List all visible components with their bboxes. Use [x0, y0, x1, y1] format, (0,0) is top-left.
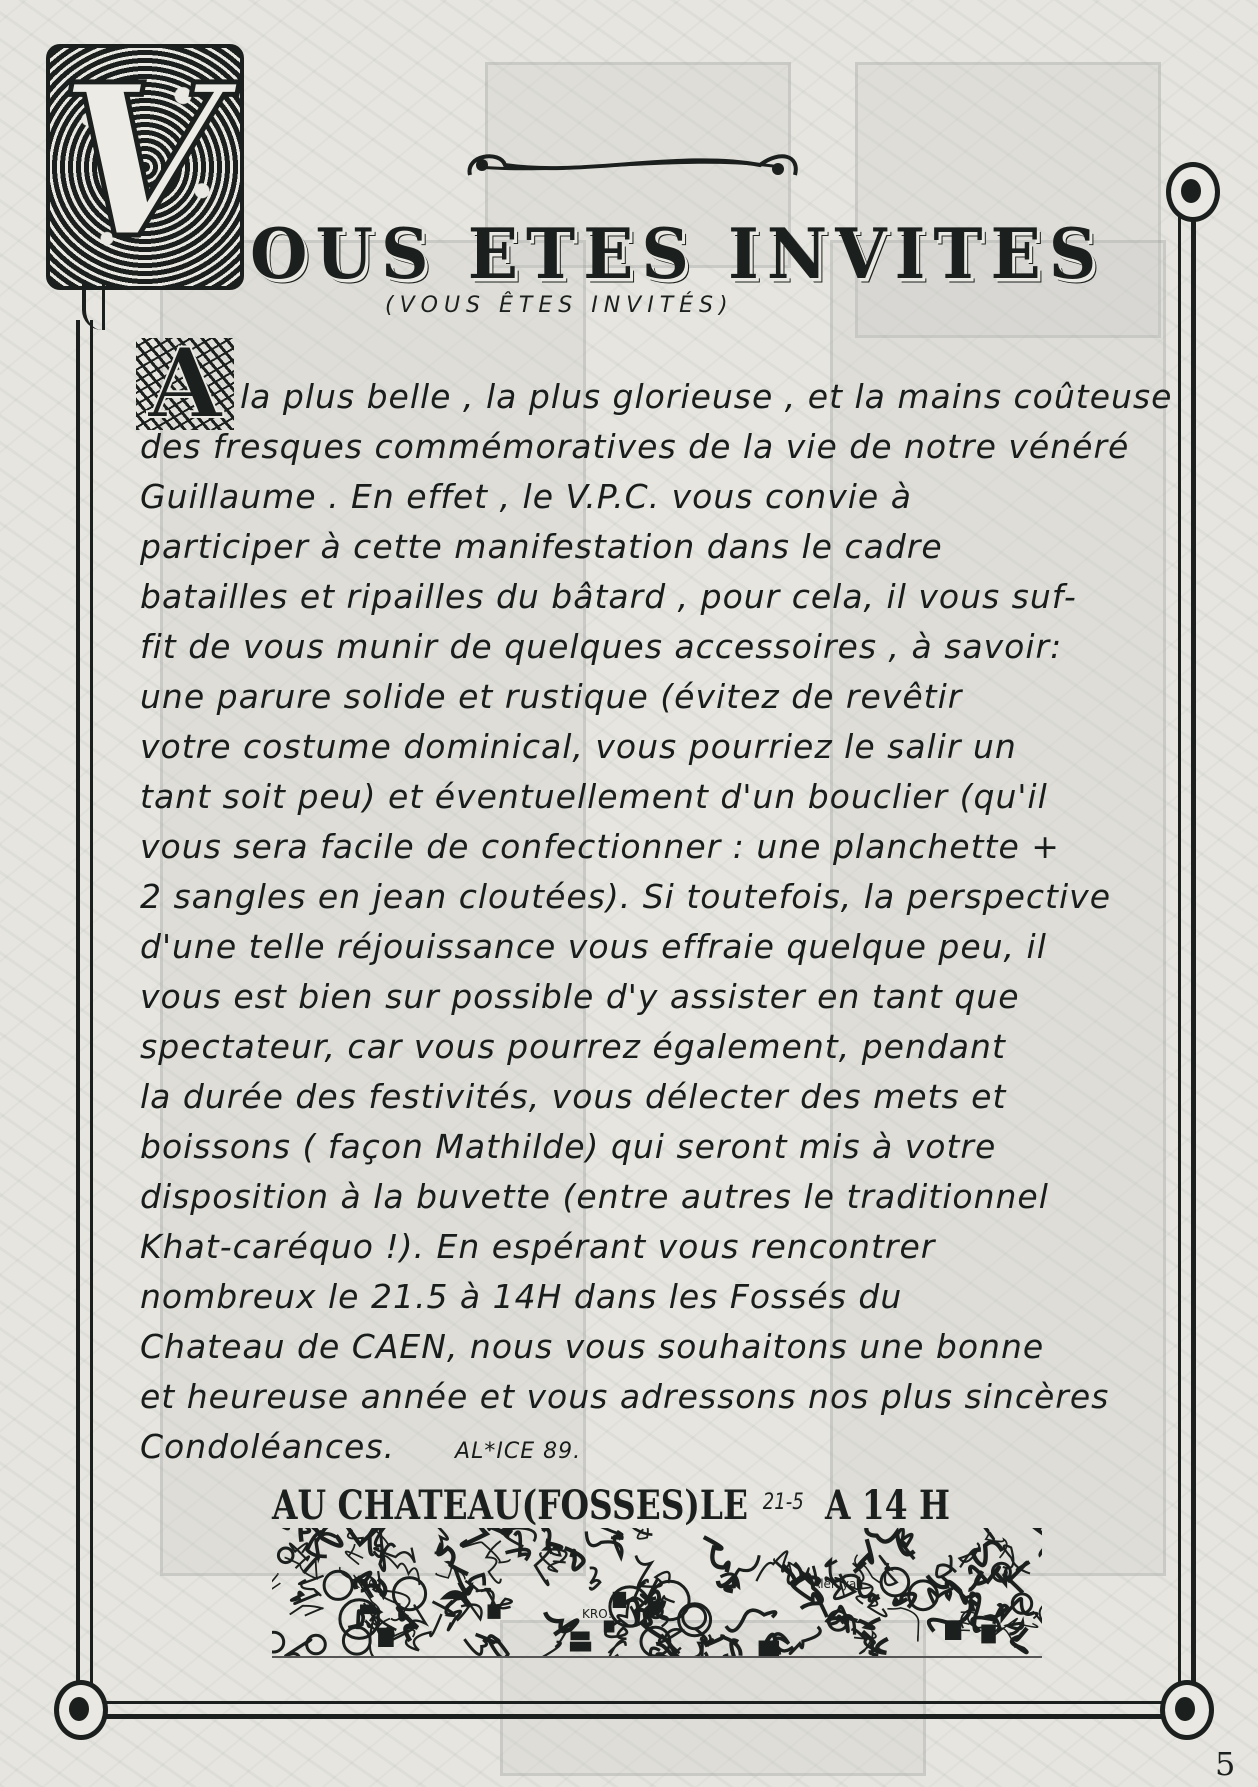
- signature: AL*ICE 89.: [455, 1427, 581, 1477]
- letter-line: d'une telle réjouissance vous effraie qu…: [140, 922, 1160, 972]
- letter-line: la plus belle , la plus glorieuse , et l…: [140, 372, 1160, 422]
- drop-cap-letter: V: [59, 57, 222, 267]
- banner-time: A 14 H: [825, 1482, 950, 1529]
- page-number: 5: [1215, 1745, 1235, 1783]
- letter-line: vous est bien sur possible d'y assister …: [140, 972, 1160, 1022]
- letter-line: Condoléances.AL*ICE 89.: [140, 1422, 1160, 1472]
- letter-line: et heureuse année et vous adressons nos …: [140, 1372, 1160, 1422]
- letter-line: vous sera facile de confectionner : une …: [140, 822, 1160, 872]
- frame-left-border: [76, 320, 93, 1710]
- letter-line: la durée des festivités, vous délecter d…: [140, 1072, 1160, 1122]
- page-subtitle: (VOUS ÊTES INVITÉS): [385, 293, 734, 318]
- letter-line: Guillaume . En effet , le V.P.C. vous co…: [140, 472, 1160, 522]
- scroll-ornament-icon: [460, 145, 805, 185]
- letter-line: tant soit peu) et éventuellement d'un bo…: [140, 772, 1160, 822]
- invitation-letter: la plus belle , la plus glorieuse , et l…: [140, 372, 1160, 1472]
- svg-text:KRO: KRO: [352, 1577, 378, 1591]
- letter-line: disposition à la buvette (entre autres l…: [140, 1172, 1160, 1222]
- letter-line: nombreux le 21.5 à 14H dans les Fossés d…: [140, 1272, 1160, 1322]
- banner-date: 21-5: [763, 1490, 804, 1515]
- corner-knot-top-right-icon: [1166, 162, 1220, 222]
- letter-line: batailles et ripailles du bâtard , pour …: [140, 572, 1160, 622]
- corner-knot-bottom-right-icon: [1160, 1680, 1214, 1740]
- frame-bottom-border: [70, 1701, 1180, 1719]
- letter-line: spectateur, car vous pourrez également, …: [140, 1022, 1160, 1072]
- letter-line: votre costume dominical, vous pourriez l…: [140, 722, 1160, 772]
- svg-text:Aleluya: Aleluya: [812, 1577, 856, 1591]
- letter-line: 2 sangles en jean cloutées). Si toutefoi…: [140, 872, 1160, 922]
- frame-right-border: [1178, 205, 1196, 1705]
- battle-scene-illustration: KROKRO!Aleluya: [272, 1528, 1042, 1658]
- letter-line: une parure solide et rustique (évitez de…: [140, 672, 1160, 722]
- letter-line: participer à cette manifestation dans le…: [140, 522, 1160, 572]
- letter-line: Khat-caréquo !). En espérant vous rencon…: [140, 1222, 1160, 1272]
- letter-line: boissons ( façon Mathilde) qui seront mi…: [140, 1122, 1160, 1172]
- drop-cap-tail-icon: [82, 280, 105, 330]
- svg-text:KRO!: KRO!: [582, 1607, 612, 1621]
- letter-line: fit de vous munir de quelques accessoire…: [140, 622, 1160, 672]
- letter-line: Chateau de CAEN, nous vous souhaitons un…: [140, 1322, 1160, 1372]
- letter-line: des fresques commémoratives de la vie de…: [140, 422, 1160, 472]
- corner-knot-bottom-left-icon: [54, 1680, 108, 1740]
- banner-location: AU CHATEAU(FOSSES)LE: [272, 1482, 748, 1529]
- page-title: OUS ETES INVITES: [250, 213, 1104, 295]
- illuminated-drop-cap-v: V: [46, 44, 244, 290]
- event-banner: AU CHATEAU(FOSSES)LE21-5A 14 H: [272, 1482, 950, 1529]
